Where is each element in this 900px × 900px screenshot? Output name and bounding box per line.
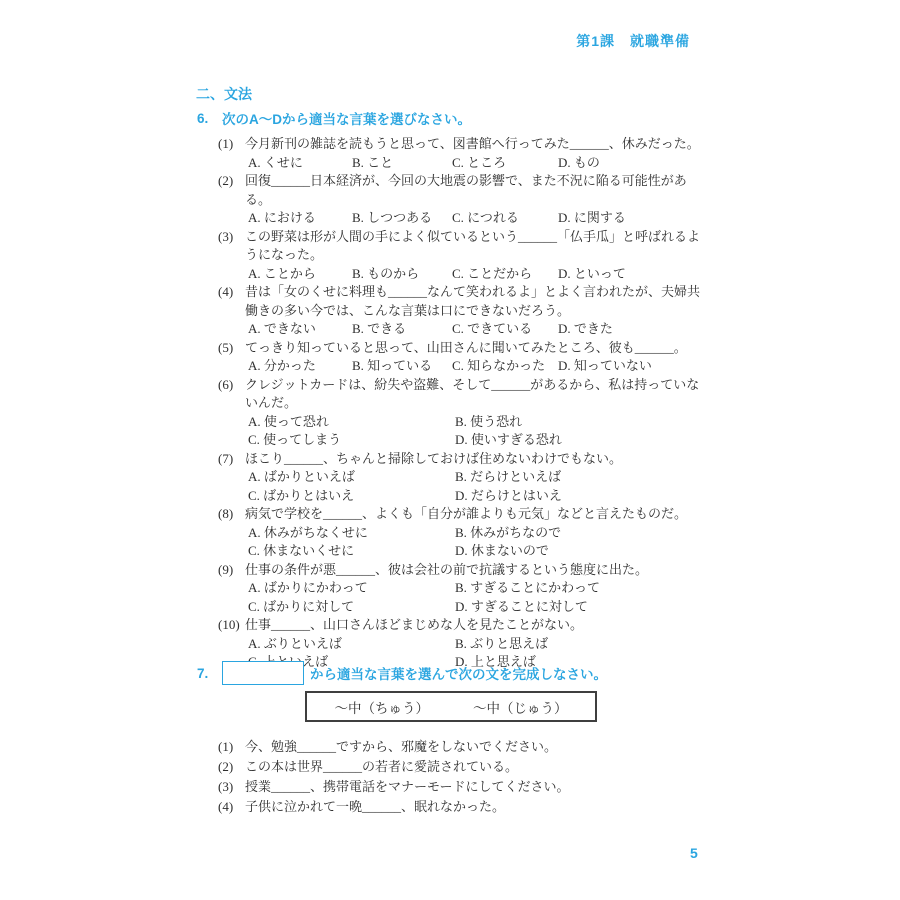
option-a: A. できない <box>248 320 352 339</box>
option-a: A. 分かった <box>248 357 352 376</box>
option-row: A. 分かった B. 知っている C. 知らなかった D. 知っていない <box>245 357 710 376</box>
option-b: B. こと <box>352 154 452 173</box>
question-4: (4) 昔は「女のくせに料理も______なんて笑われるよ」とよく言われたが、夫… <box>218 283 710 339</box>
option-grid: A. ばかりといえば B. だらけといえば C. ばかりとはいえ D. だらけと… <box>245 468 710 505</box>
option-a: A. くせに <box>248 154 352 173</box>
option-c: C. ところ <box>452 154 558 173</box>
question-text: 今月新刊の雑誌を読もうと思って、図書館へ行ってみた______、休みだった。 <box>245 135 710 154</box>
question-6: (6) クレジットカードは、紛失や盗難、そして______があるから、私は持って… <box>218 376 710 450</box>
exercise7-number: 7. <box>197 666 222 681</box>
option-a: A. ばかりといえば <box>248 468 455 487</box>
option-c: C. ことだから <box>452 265 558 284</box>
question-text-line2: 働きの多い今では、こんな言葉は口にできないだろう。 <box>245 302 710 321</box>
option-b: B. しつつある <box>352 209 452 228</box>
question-number: (2) <box>218 172 245 228</box>
option-a: A. 使って恐れ <box>248 413 455 432</box>
option-row: A. くせに B. こと C. ところ D. もの <box>245 154 710 173</box>
option-grid: A. ばかりにかわって B. すぎることにかわって C. ばかりに対して D. … <box>245 579 710 616</box>
question-number: (9) <box>218 561 245 617</box>
question-3: (3) この野菜は形が人間の手によく似ているという______「仏手瓜」と呼ばれ… <box>218 228 710 284</box>
option-c: C. ばかりに対して <box>248 598 455 617</box>
option-d: D. といって <box>558 265 710 284</box>
question-number: (3) <box>218 228 245 284</box>
question-number: (7) <box>218 450 245 506</box>
question-text: 今、勉強______ですから、邪魔をしないでください。 <box>245 737 710 757</box>
option-b: B. 休みがちなので <box>455 524 710 543</box>
textbook-page: 第1課 就職準備 二、文法 6. 次のA〜Dから適当な言葉を選びなさい。 (1)… <box>0 0 900 900</box>
option-b: B. 知っている <box>352 357 452 376</box>
option-b: B. できる <box>352 320 452 339</box>
question-text: クレジットカードは、紛失や盗難、そして______があるから、私は持っていな <box>245 376 710 395</box>
question-text: 子供に泣かれて一晩______、眠れなかった。 <box>245 797 710 817</box>
option-d: D. 知っていない <box>558 357 710 376</box>
question-number: (1) <box>218 737 245 757</box>
exercise7-heading: 7. から適当な言葉を選んで次の文を完成しなさい。 <box>197 661 607 685</box>
question-text: この本は世界______の若者に愛読されている。 <box>245 757 710 777</box>
option-row: A. できない B. できる C. できている D. できた <box>245 320 710 339</box>
word-choice-1: 〜中（ちゅう） <box>335 697 430 717</box>
question-2: (2) この本は世界______の若者に愛読されている。 <box>218 757 710 777</box>
option-grid: A. 休みがちなくせに B. 休みがちなので C. 休まないくせに D. 休まな… <box>245 524 710 561</box>
option-d: D. できた <box>558 320 710 339</box>
question-4: (4) 子供に泣かれて一晩______、眠れなかった。 <box>218 797 710 817</box>
page-number: 5 <box>690 845 698 861</box>
option-row: A. における B. しつつある C. につれる D. に関する <box>245 209 710 228</box>
option-d: D. に関する <box>558 209 710 228</box>
question-9: (9) 仕事の条件が悪______、彼は会社の前で抗議するという態度に出た。 A… <box>218 561 710 617</box>
question-text: 病気で学校を______、よくも「自分が誰よりも元気」などと言えたものだ。 <box>245 505 710 524</box>
question-text: この野菜は形が人間の手によく似ているという______「仏手瓜」と呼ばれるよ <box>245 228 710 247</box>
exercise6-question-list: (1) 今月新刊の雑誌を読もうと思って、図書館へ行ってみた______、休みだっ… <box>218 135 710 672</box>
option-c: C. 使ってしまう <box>248 431 455 450</box>
option-c: C. ばかりとはいえ <box>248 487 455 506</box>
question-number: (6) <box>218 376 245 450</box>
option-d: D. だらけとはいえ <box>455 487 710 506</box>
fill-in-blank-box <box>222 661 304 685</box>
question-text-line2: うになった。 <box>245 246 710 265</box>
question-5: (5) てっきり知っていると思って、山田さんに聞いてみたところ、彼も______… <box>218 339 710 376</box>
option-d: D. 休まないので <box>455 542 710 561</box>
option-a: A. 休みがちなくせに <box>248 524 455 543</box>
section-heading: 二、文法 <box>196 84 252 104</box>
question-text: 授業______、携帯電話をマナーモードにしてください。 <box>245 777 710 797</box>
option-c: C. できている <box>452 320 558 339</box>
option-a: A. ぶりといえば <box>248 635 455 654</box>
option-a: A. ことから <box>248 265 352 284</box>
option-d: D. もの <box>558 154 710 173</box>
option-row: A. ことから B. ものから C. ことだから D. といって <box>245 265 710 284</box>
option-d: D. すぎることに対して <box>455 598 710 617</box>
question-number: (3) <box>218 777 245 797</box>
question-number: (5) <box>218 339 245 376</box>
option-a: A. ばかりにかわって <box>248 579 455 598</box>
question-text: 仕事の条件が悪______、彼は会社の前で抗議するという態度に出た。 <box>245 561 710 580</box>
question-number: (1) <box>218 135 245 172</box>
question-text: てっきり知っていると思って、山田さんに聞いてみたところ、彼も______。 <box>245 339 710 358</box>
word-choice-2: 〜中（じゅう） <box>473 697 568 717</box>
exercise6-title: 次のA〜Dから適当な言葉を選びなさい。 <box>222 108 471 128</box>
question-3: (3) 授業______、携帯電話をマナーモードにしてください。 <box>218 777 710 797</box>
exercise7-question-list: (1) 今、勉強______ですから、邪魔をしないでください。 (2) この本は… <box>218 737 710 817</box>
option-b: B. だらけといえば <box>455 468 710 487</box>
question-text: 昔は「女のくせに料理も______なんて笑われるよ」とよく言われたが、夫婦共 <box>245 283 710 302</box>
option-c: C. 知らなかった <box>452 357 558 376</box>
option-b: B. ぶりと思えば <box>455 635 710 654</box>
exercise6-heading: 6. 次のA〜Dから適当な言葉を選びなさい。 <box>197 108 471 128</box>
question-1: (1) 今、勉強______ですから、邪魔をしないでください。 <box>218 737 710 757</box>
question-number: (8) <box>218 505 245 561</box>
question-number: (2) <box>218 757 245 777</box>
option-grid: A. 使って恐れ B. 使う恐れ C. 使ってしまう D. 使いすぎる恐れ <box>245 413 710 450</box>
option-c: C. 休まないくせに <box>248 542 455 561</box>
question-2: (2) 回復______日本経済が、今回の大地震の影響で、また不況に陥る可能性が… <box>218 172 710 228</box>
option-b: B. 使う恐れ <box>455 413 710 432</box>
question-text: 仕事______、山口さんほどまじめな人を見たことがない。 <box>245 616 710 635</box>
word-choice-box: 〜中（ちゅう） 〜中（じゅう） <box>305 691 597 722</box>
question-1: (1) 今月新刊の雑誌を読もうと思って、図書館へ行ってみた______、休みだっ… <box>218 135 710 172</box>
option-a: A. における <box>248 209 352 228</box>
option-b: B. ものから <box>352 265 452 284</box>
question-number: (4) <box>218 797 245 817</box>
chapter-header: 第1課 就職準備 <box>576 31 690 51</box>
exercise6-number: 6. <box>197 111 222 126</box>
question-text: 回復______日本経済が、今回の大地震の影響で、また不況に陥る可能性がある。 <box>245 172 710 209</box>
exercise7-title: から適当な言葉を選んで次の文を完成しなさい。 <box>310 663 607 683</box>
question-text-line2: いんだ。 <box>245 394 710 413</box>
question-text: ほこり______、ちゃんと掃除しておけば住めないわけでもない。 <box>245 450 710 469</box>
question-number: (4) <box>218 283 245 339</box>
question-7: (7) ほこり______、ちゃんと掃除しておけば住めないわけでもない。 A. … <box>218 450 710 506</box>
option-c: C. につれる <box>452 209 558 228</box>
option-b: B. すぎることにかわって <box>455 579 710 598</box>
question-8: (8) 病気で学校を______、よくも「自分が誰よりも元気」などと言えたものだ… <box>218 505 710 561</box>
option-d: D. 使いすぎる恐れ <box>455 431 710 450</box>
